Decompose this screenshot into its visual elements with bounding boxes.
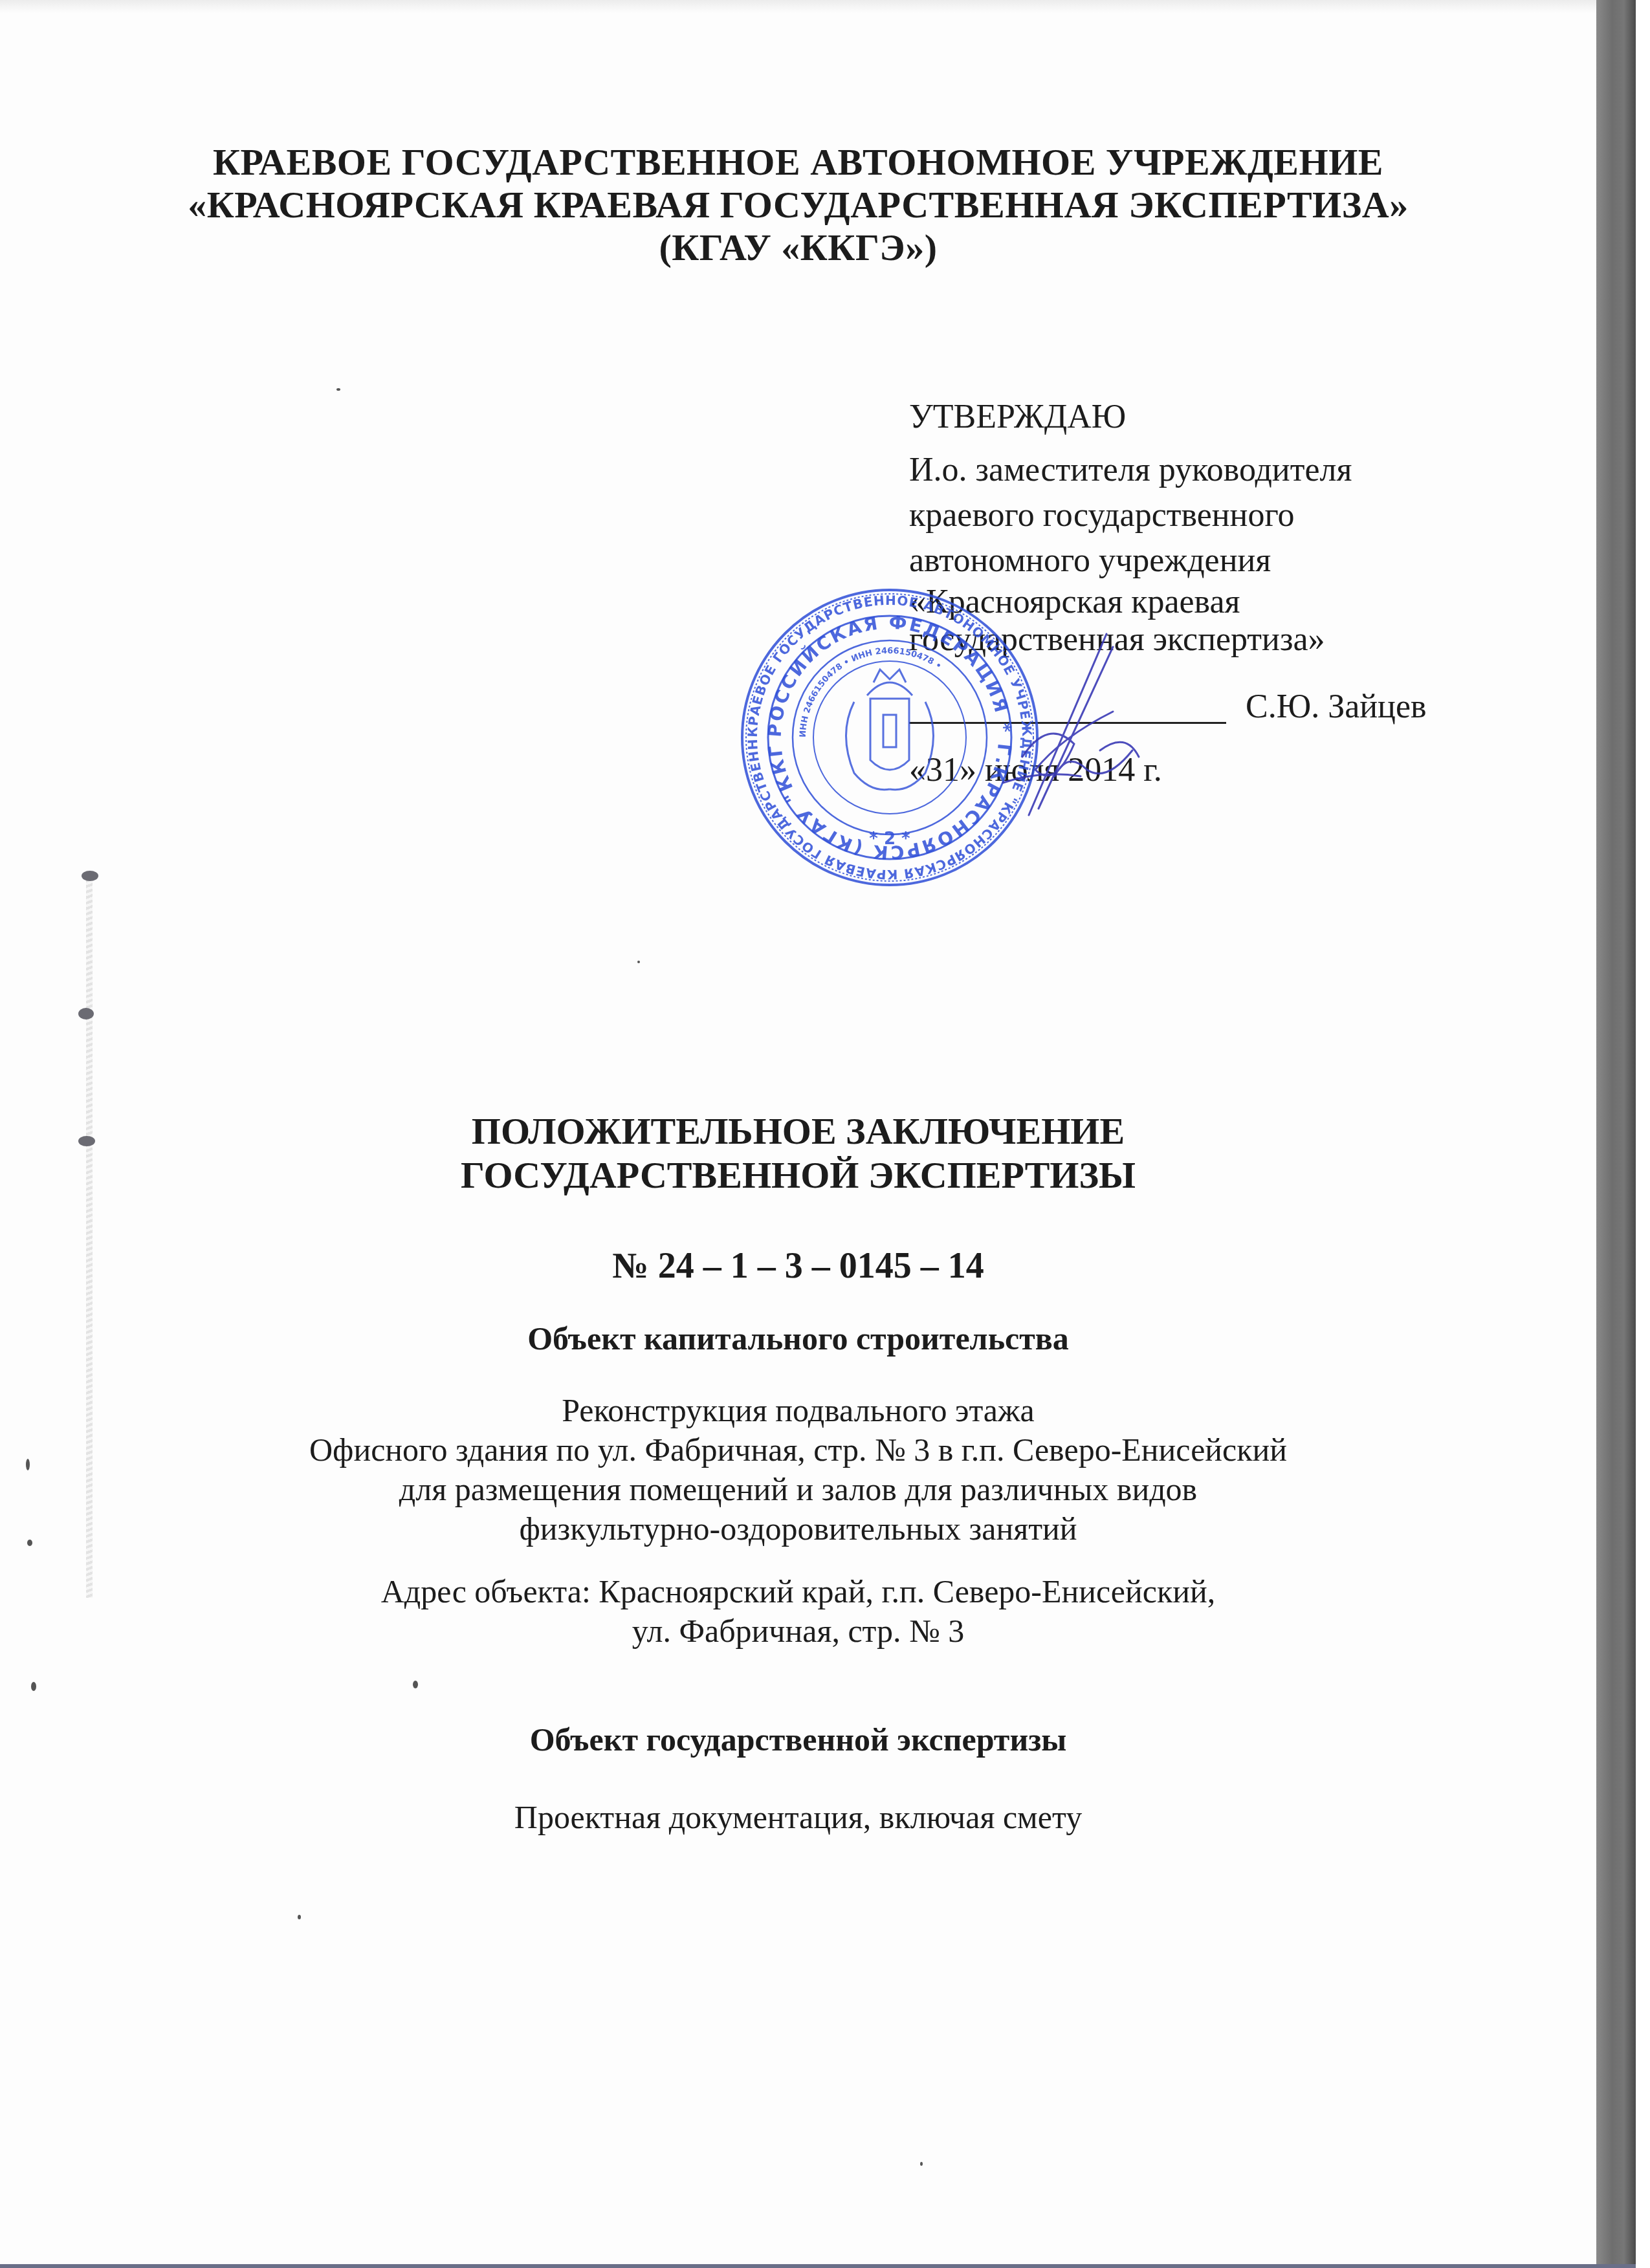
scan-speck xyxy=(920,2162,923,2166)
signer-name: С.Ю. Зайцев xyxy=(1246,684,1427,730)
organization-header: КРАЕВОЕ ГОСУДАРСТВЕННОЕ АВТОНОМНОЕ УЧРЕЖ… xyxy=(0,141,1596,269)
approver-position-line-2: краевого государственного xyxy=(909,493,1352,538)
scan-speck xyxy=(27,1540,32,1546)
state-expertise-object-heading: Объект государственной экспертизы xyxy=(0,1721,1596,1758)
object-description: Реконструкция подвального этажа Офисного… xyxy=(0,1391,1596,1549)
header-line-1: КРАЕВОЕ ГОСУДАРСТВЕННОЕ АВТОНОМНОЕ УЧРЕЖ… xyxy=(0,141,1596,184)
binding-thread xyxy=(86,880,93,1598)
scan-speck xyxy=(336,388,340,391)
approver-position-line-1: И.о. заместителя руководителя xyxy=(909,448,1352,493)
object-line-4: физкультурно-оздоровительных занятий xyxy=(0,1509,1596,1549)
scanner-edge-shadow xyxy=(1596,0,1636,2268)
state-expertise-object: Проектная документация, включая смету xyxy=(0,1798,1596,1836)
scan-shadow-top xyxy=(0,0,1596,13)
header-line-3: (КГАУ «ККГЭ») xyxy=(0,226,1596,269)
conclusion-number: № 24 – 1 – 3 – 0145 – 14 xyxy=(0,1245,1596,1287)
scan-speck xyxy=(31,1682,36,1691)
object-line-3: для размещения помещений и залов для раз… xyxy=(0,1470,1596,1509)
conclusion-title: ПОЛОЖИТЕЛЬНОЕ ЗАКЛЮЧЕНИЕ ГОСУДАРСТВЕННОЙ… xyxy=(0,1109,1596,1197)
svg-text:* 2 *: * 2 * xyxy=(869,829,910,849)
scan-speck xyxy=(298,1915,301,1919)
object-address: Адрес объекта: Красноярский край, г.п. С… xyxy=(0,1572,1596,1651)
approver-position-line-3: автономного учреждения xyxy=(909,538,1352,583)
scan-speck xyxy=(26,1459,30,1470)
capital-construction-heading: Объект капитального строительства xyxy=(0,1320,1596,1357)
binding-hole-icon xyxy=(78,1136,95,1146)
address-line-2: ул. Фабричная, стр. № 3 xyxy=(0,1611,1596,1651)
binding-hole-icon xyxy=(82,871,98,881)
document-page: КРАЕВОЕ ГОСУДАРСТВЕННОЕ АВТОНОМНОЕ УЧРЕЖ… xyxy=(0,0,1596,2268)
object-line-2: Офисного здания по ул. Фабричная, стр. №… xyxy=(0,1430,1596,1470)
title-line-1: ПОЛОЖИТЕЛЬНОЕ ЗАКЛЮЧЕНИЕ xyxy=(0,1109,1596,1153)
scanner-edge-bottom xyxy=(0,2264,1636,2268)
object-line-1: Реконструкция подвального этажа xyxy=(0,1391,1596,1430)
handwritten-signature-icon xyxy=(984,621,1255,828)
binding-hole-icon xyxy=(78,1008,94,1020)
address-line-1: Адрес объекта: Красноярский край, г.п. С… xyxy=(0,1572,1596,1611)
title-line-2: ГОСУДАРСТВЕННОЙ ЭКСПЕРТИЗЫ xyxy=(0,1153,1596,1197)
scan-speck xyxy=(637,961,640,963)
scan-speck xyxy=(413,1681,418,1688)
header-line-2: «КРАСНОЯРСКАЯ КРАЕВАЯ ГОСУДАРСТВЕННАЯ ЭК… xyxy=(0,184,1596,226)
approval-heading: УТВЕРЖДАЮ xyxy=(909,395,1352,440)
